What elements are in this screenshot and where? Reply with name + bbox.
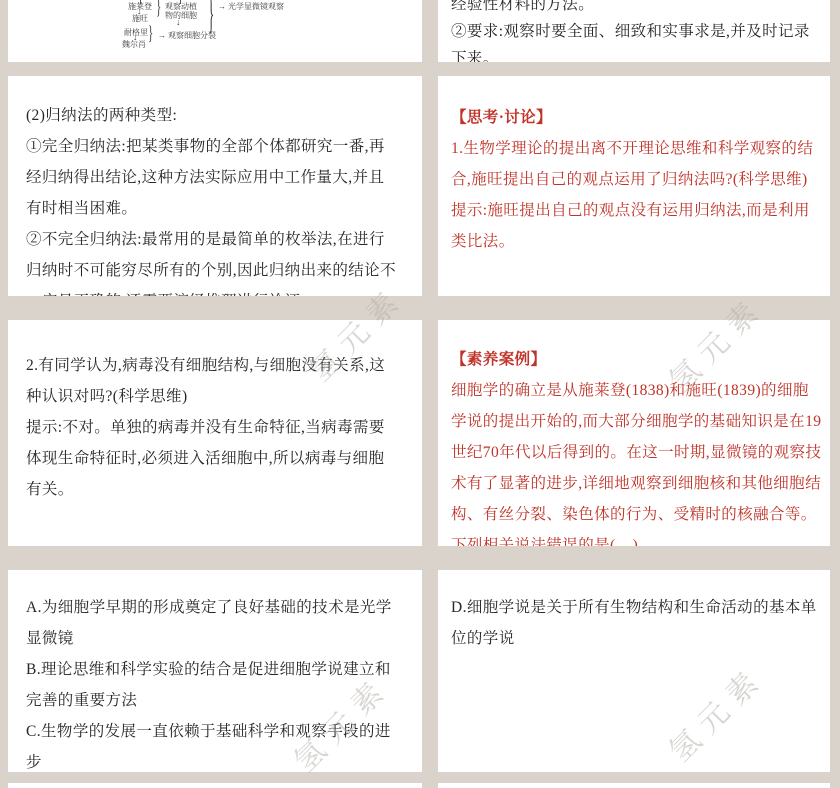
- slide-competence-case: 【素养案例】 细胞学的确立是从施莱登(1838)和施旺(1839)的细胞 学说的…: [438, 320, 830, 546]
- competence-case-text: 细胞学的确立是从施莱登(1838)和施旺(1839)的细胞 学说的提出开始的,而…: [451, 375, 821, 546]
- arrow-right-icon: →: [218, 2, 226, 11]
- think-discuss-heading: 【思考·讨论】: [451, 102, 552, 133]
- options-abc-text: A.为细胞学早期的形成奠定了良好基础的技术是光学 显微镜 B.理论思维和科学实验…: [26, 592, 392, 772]
- slide-option-d: D.细胞学说是关于所有生物结构和生命活动的基本单 位的学说: [438, 570, 830, 772]
- brace-icon: }: [156, 0, 161, 17]
- diagram-node-virchow: 魏尔肖: [122, 40, 146, 49]
- induction-types-text: (2)归纳法的两种类型: ①完全归纳法:把某类事物的全部个体都研究一番,再 经归…: [26, 100, 396, 296]
- observation-requirements-text: 经验性材料的方法。 ②要求:观察时要全面、细致和实事求是,并及时记录 下来。: [451, 0, 810, 62]
- slide-induction-types: (2)归纳法的两种类型: ①完全归纳法:把某类事物的全部个体都研究一番,再 经归…: [8, 76, 422, 296]
- slide-grid-page: 施莱登 ↓ 施旺 } 观察动植 物的细胞 ↓ 耐格里 ↓ 魏尔肖 } → 观察细…: [0, 0, 840, 788]
- brace-icon: }: [148, 27, 153, 43]
- cell-theory-flow-diagram: 施莱登 ↓ 施旺 } 观察动植 物的细胞 ↓ 耐格里 ↓ 魏尔肖 } → 观察细…: [120, 0, 420, 62]
- brace-icon: }: [208, 0, 214, 28]
- diagram-node-observe-cells: 观察动植 物的细胞: [165, 2, 197, 20]
- slide-virus-question: 2.有同学认为,病毒没有细胞结构,与细胞没有关系,这 种认识对吗?(科学思维) …: [8, 320, 422, 546]
- diagram-node-light-microscope: 光学显微镜观察: [228, 2, 284, 11]
- slide-think-discuss: 【思考·讨论】 1.生物学理论的提出离不开理论思维和科学观察的结 合,施旺提出自…: [438, 76, 830, 296]
- arrow-down-icon: ↓: [176, 18, 181, 27]
- slide-partial-bottom-right: [438, 783, 830, 788]
- slide-options-abc: A.为细胞学早期的形成奠定了良好基础的技术是光学 显微镜 B.理论思维和科学实验…: [8, 570, 422, 772]
- competence-case-heading: 【素养案例】: [451, 344, 546, 375]
- virus-question-text: 2.有同学认为,病毒没有细胞结构,与细胞没有关系,这 种认识对吗?(科学思维) …: [26, 350, 385, 505]
- slide-partial-bottom-left: [8, 783, 422, 788]
- slide-cell-theory-diagram: 施莱登 ↓ 施旺 } 观察动植 物的细胞 ↓ 耐格里 ↓ 魏尔肖 } → 观察细…: [8, 0, 422, 62]
- arrow-right-icon: →: [158, 31, 166, 40]
- diagram-node-schwann: 施旺: [132, 14, 148, 23]
- think-discuss-text: 1.生物学理论的提出离不开理论思维和科学观察的结 合,施旺提出自己的观点运用了归…: [451, 133, 813, 257]
- slide-observation-requirements: 经验性材料的方法。 ②要求:观察时要全面、细致和实事求是,并及时记录 下来。: [438, 0, 830, 62]
- option-d-text: D.细胞学说是关于所有生物结构和生命活动的基本单 位的学说: [451, 592, 817, 654]
